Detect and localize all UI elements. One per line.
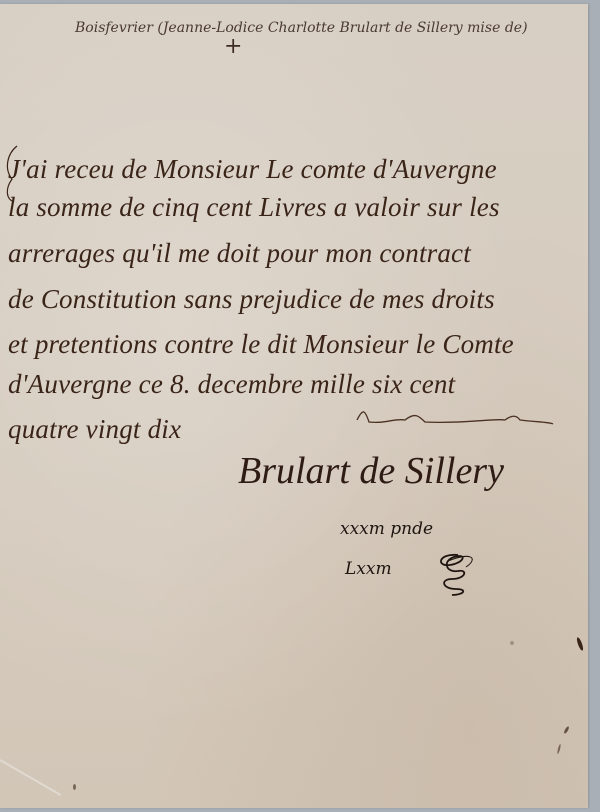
header-annotation: Boisfevrier (Jeanne-Lodice Charlotte Bru… — [75, 20, 528, 36]
body-line-6: d'Auvergne ce 8. decembre mille six cent — [8, 369, 455, 400]
paraph-flourish-icon — [428, 549, 478, 597]
notary-annotation-1: xxxm pnde — [340, 519, 433, 539]
notary-annotation-2: Lxxm — [345, 559, 392, 579]
body-line-5: et pretentions contre le dit Monsieur le… — [8, 329, 514, 360]
body-line-4: de Constitution sans prejudice de mes dr… — [8, 284, 495, 315]
signature-flourish-icon — [355, 408, 555, 428]
document-page: Boisfevrier (Jeanne-Lodice Charlotte Bru… — [0, 4, 588, 808]
paper-fold-crease — [0, 759, 61, 796]
ink-blot — [557, 744, 562, 754]
signature: Brulart de Sillery — [238, 449, 504, 493]
body-line-7: quatre vingt dix — [8, 414, 181, 445]
ink-blot — [73, 784, 76, 790]
header-cross-mark: + — [224, 34, 242, 59]
paper-spot — [510, 641, 514, 645]
body-line-2: la somme de cinq cent Livres a valoir su… — [8, 192, 500, 223]
body-line-1: J'ai receu de Monsieur Le comte d'Auverg… — [8, 154, 497, 185]
body-line-3: arrerages qu'il me doit pour mon contrac… — [8, 238, 471, 269]
ink-blot — [563, 726, 570, 734]
ink-blot — [576, 637, 585, 652]
